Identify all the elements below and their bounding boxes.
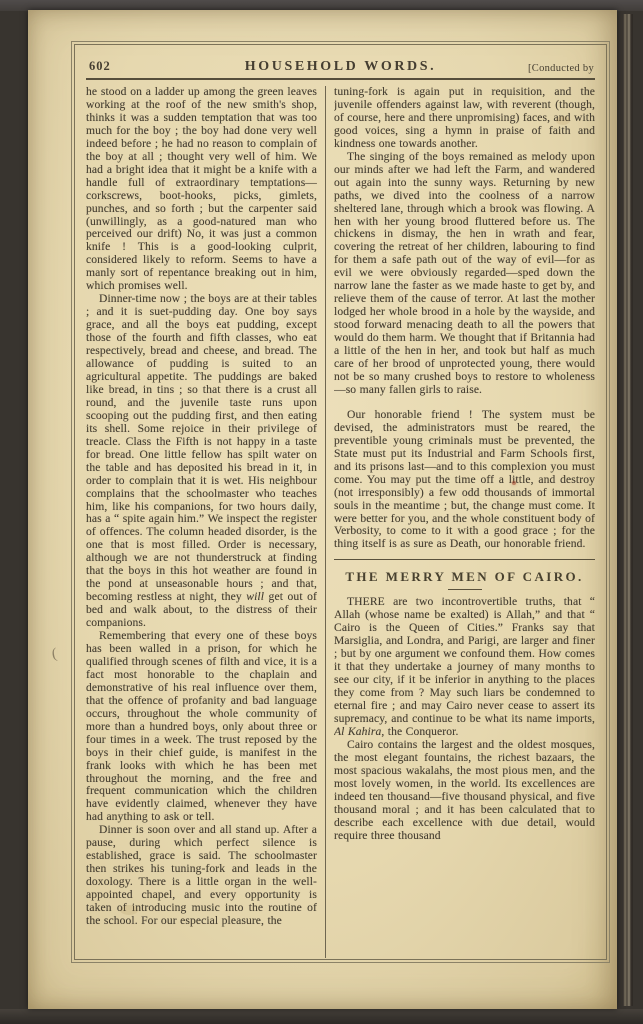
paragraph: Cairo contains the largest and the oldes…	[334, 739, 595, 843]
heading-ornament-rule	[448, 589, 482, 590]
header-rule	[86, 78, 595, 80]
right-column: tuning-fork is again put in requisition,…	[334, 86, 595, 958]
paragraph: THERE are two incontrovertible truths, t…	[334, 596, 595, 738]
stain	[556, 116, 570, 125]
left-column: he stood on a ladder up among the green …	[86, 86, 317, 958]
stain	[512, 481, 516, 485]
page-stack-edge	[623, 14, 633, 1006]
header-running-note: [Conducted by	[528, 63, 594, 74]
scan-edge-bottom	[0, 1009, 643, 1024]
paragraph: The singing of the boys remained as melo…	[334, 151, 595, 397]
section-divider-rule	[334, 559, 595, 560]
paragraph: Our honorable friend ! The system must b…	[334, 409, 595, 551]
scanned-page: 602 HOUSEHOLD WORDS. [Conducted by he st…	[28, 10, 617, 1009]
page-frame: 602 HOUSEHOLD WORDS. [Conducted by he st…	[74, 44, 607, 960]
paragraph: Remembering that every one of these boys…	[86, 630, 317, 824]
paragraph: Dinner-time now ; the boys are at their …	[86, 293, 317, 630]
stain	[120, 905, 138, 915]
section-heading: THE MERRY MEN OF CAIRO.	[334, 569, 595, 585]
page-header: 602 HOUSEHOLD WORDS. [Conducted by	[86, 54, 595, 77]
text-columns: he stood on a ladder up among the green …	[86, 86, 595, 958]
column-divider	[325, 86, 326, 958]
paragraph: he stood on a ladder up among the green …	[86, 86, 317, 293]
page-title: HOUSEHOLD WORDS.	[86, 59, 595, 75]
